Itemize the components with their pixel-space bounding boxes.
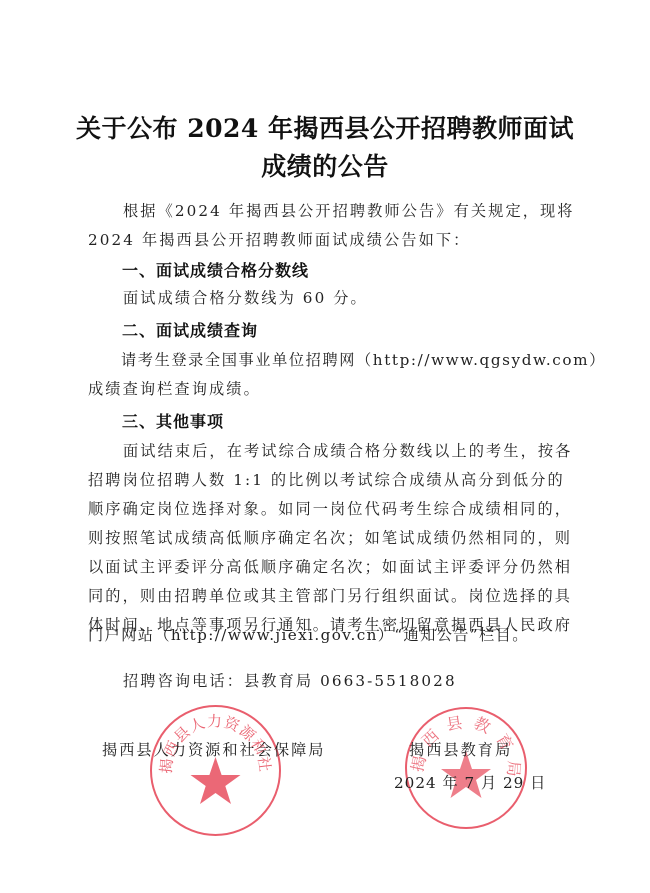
document-title-line-2: 成绩的公告 — [0, 147, 650, 183]
section-heading-3: 三、其他事项 — [122, 409, 224, 432]
official-seal-hrss: 揭西县人力资源和社会保障局 — [150, 705, 281, 836]
intro-line-1: 根据《2024 年揭西县公开招聘教师公告》有关规定，现将 — [123, 200, 575, 221]
signature-hrss-bureau: 揭西县人力资源和社会保障局 — [102, 739, 325, 760]
section-2-line-2: 成绩查询栏查询成绩。 — [88, 378, 261, 399]
issue-date: 2024 年 7 月 29 日 — [394, 772, 546, 793]
section-3-line-1: 面试结束后，在考试综合成绩合格分数线以上的考生，按各 — [123, 440, 572, 461]
seal-star-icon: 揭西县教育局 — [407, 709, 525, 827]
section-heading-2: 二、面试成绩查询 — [122, 318, 258, 341]
seal-star-icon: 揭西县人力资源和社会保障局 — [152, 707, 279, 834]
section-3-line-3: 顺序确定岗位选择对象。如同一岗位代码考生综合成绩相同的， — [88, 498, 572, 519]
section-3-line-2: 招聘岗位招聘人数 1:1 的比例以考试综合成绩从高分到低分的 — [88, 469, 565, 490]
section-3-line-4: 则按照笔试成绩高低顺序确定名次；如笔试成绩仍然相同的，则 — [88, 527, 572, 548]
official-seal-education-bureau: 揭西县教育局 — [405, 707, 527, 829]
section-1-line-1: 面试成绩合格分数线为 60 分。 — [123, 287, 368, 308]
section-3-line-8: 门户网站（http://www.jiexi.gov.cn）“通知公告”栏目。 — [88, 624, 529, 645]
section-heading-1: 一、面试成绩合格分数线 — [122, 258, 309, 281]
section-3-line-6: 同的，则由招聘单位或其主管部门另行组织面试。岗位选择的具 — [88, 585, 572, 606]
section-2-line-1: 请考生登录全国事业单位招聘网（http://www.qgsydw.com） — [121, 349, 606, 370]
document-title-line-1: 关于公布 2024 年揭西县公开招聘教师面试 — [0, 109, 650, 145]
section-3-line-5: 以面试主评委评分高低顺序确定名次；如面试主评委评分仍然相 — [88, 556, 572, 577]
signature-education-bureau: 揭西县教育局 — [409, 739, 512, 760]
contact-phone: 招聘咨询电话：县教育局 0663-5518028 — [123, 670, 457, 691]
intro-line-2: 2024 年揭西县公开招聘教师面试成绩公告如下： — [88, 229, 470, 250]
